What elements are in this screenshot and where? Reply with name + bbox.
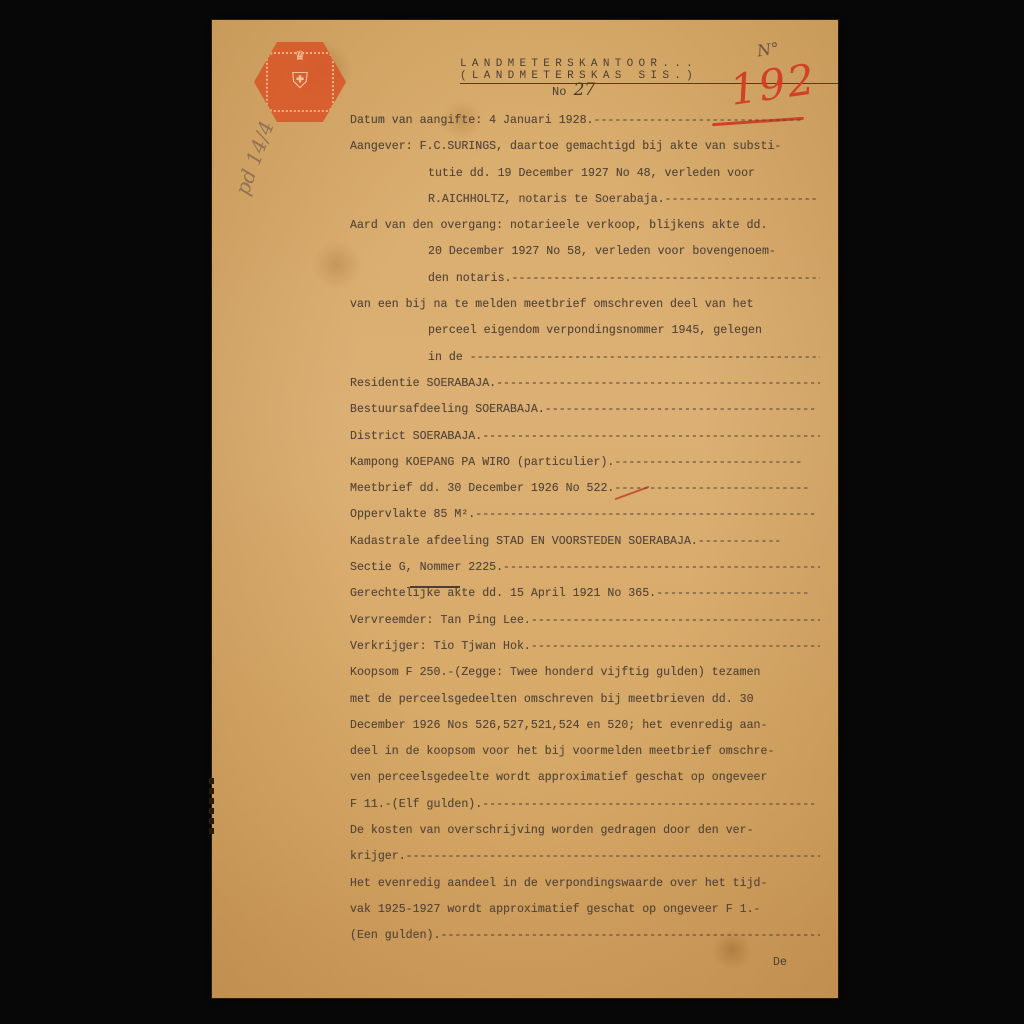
- typed-line: Oppervlakte 85 M².----------------------…: [350, 502, 820, 528]
- typed-line: Sectie G, Nommer 2225.------------------…: [350, 555, 820, 581]
- typed-line: Aard van den overgang: notarieele verkoo…: [350, 213, 820, 239]
- typed-line: in de ----------------------------------…: [350, 345, 820, 371]
- typed-line: (Een gulden).---------------------------…: [350, 923, 820, 949]
- red-annotation-number: 192: [727, 54, 819, 115]
- typed-line: Kampong KOEPANG PA WIRO (particulier).--…: [350, 450, 820, 476]
- number-handwritten: 27: [574, 80, 596, 100]
- typed-line: met de perceelsgedeelten omschreven bij …: [350, 687, 820, 713]
- typed-line: Bestuursafdeeling SOERABAJA.------------…: [350, 397, 820, 423]
- catchword: De: [350, 950, 820, 976]
- typed-line: ven perceelsgedeelte wordt approximatief…: [350, 765, 820, 791]
- typed-line: Kadastrale afdeeling STAD EN VOORSTEDEN …: [350, 529, 820, 555]
- torn-edge: [209, 778, 214, 838]
- typed-line: Koopsom F 250.-(Zegge: Twee honderd vijf…: [350, 660, 820, 686]
- typed-line: den notaris.----------------------------…: [350, 266, 820, 292]
- typed-line: F 11.-(Elf gulden).---------------------…: [350, 792, 820, 818]
- typed-line: 20 December 1927 No 58, verleden voor bo…: [350, 239, 820, 265]
- typed-line: perceel eigendom verpondingsnommer 1945,…: [350, 318, 820, 344]
- handwritten-margin-note: pd 14/4: [230, 118, 279, 198]
- typed-line: Meetbrief dd. 30 December 1926 No 522.--…: [350, 476, 820, 502]
- typed-line: R.AICHHOLTZ, notaris te Soerabaja.------…: [350, 187, 820, 213]
- lion-shield-icon: ⛨: [266, 52, 334, 112]
- typed-line: Datum van aangifte: 4 Januari 1928.-----…: [350, 108, 820, 134]
- typed-line: vak 1925-1927 wordt approximatief gescha…: [350, 897, 820, 923]
- typed-line: December 1926 Nos 526,527,521,524 en 520…: [350, 713, 820, 739]
- typed-line: Vervreemder: Tan Ping Lee.--------------…: [350, 608, 820, 634]
- typed-text-body: Datum van aangifte: 4 Januari 1928.-----…: [350, 108, 820, 976]
- typed-line: Verkrijger: Tio Tjwan Hok.--------------…: [350, 634, 820, 660]
- pen-underline-mark: [410, 586, 460, 588]
- typed-line: Aangever: F.C.SURINGS, daartoe gemachtig…: [350, 134, 820, 160]
- document-page: ♛ ⛨ LANDMETERSKANTOOR... (LANDMETERSKAS …: [212, 20, 838, 998]
- red-annotation-superscript: N°: [756, 39, 780, 61]
- typed-line: District SOERABAJA.---------------------…: [350, 424, 820, 450]
- typed-line: De kosten van overschrijving worden gedr…: [350, 818, 820, 844]
- typed-line: tutie dd. 19 December 1927 No 48, verled…: [350, 161, 820, 187]
- typed-line: Het evenredig aandeel in de verpondingsw…: [350, 871, 820, 897]
- typed-line: krijger.--------------------------------…: [350, 844, 820, 870]
- typed-line: van een bij na te melden meetbrief omsch…: [350, 292, 820, 318]
- typed-line: deel in de koopsom voor het bij voormeld…: [350, 739, 820, 765]
- typed-line: Residentie SOERABAJA.-------------------…: [350, 371, 820, 397]
- document-number: No 27: [552, 80, 595, 100]
- number-label: No: [552, 85, 566, 99]
